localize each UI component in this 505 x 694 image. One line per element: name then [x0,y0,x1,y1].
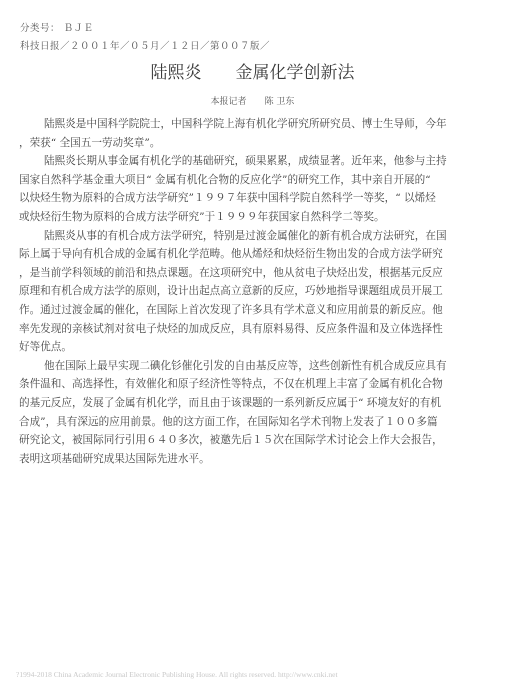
body-line: 的基元反应，发展了金属有机化学，而且由于该课题的一系列新反应属于“ 环境友好的有… [19,394,459,413]
body-line: 以炔烃生物为原料的合成方法学研究”１９９７年获中国科学院自然科学一等奖，“ 以烯… [19,189,459,208]
classification-line: 分类号： ＢＪＥ [20,20,94,34]
body-line: 际上属于导向有机合成的金属有机化学范畴。他从烯烃和炔烃衍生物出发的合成方法学研究 [19,245,459,264]
classification-label: 分类号： [20,23,60,34]
body-line: 率先发现的亲核试剂对贫电子炔烃的加成反应，具有原料易得、反应条件温和及立体选择性 [19,320,459,339]
byline: 本报记者陈 卫东 [0,94,505,107]
body-line: ，荣获“ 全国五一劳动奖章”。 [19,134,459,153]
byline-name: 陈 卫东 [265,97,295,107]
body-line: 原理和有机合成方法学的原则，设计出起点高立意新的反应，巧妙地指导课题组成员开展工 [19,282,459,301]
body-line: 国家自然科学基金重大项目“ 金属有机化合物的反应化学”的研究工作，其中亲自开展的… [19,171,459,190]
body-line: 陆熙炎是中国科学院院士，中国科学院上海有机化学研究所研究员、博士生导师，今年 [19,115,459,134]
byline-role: 本报记者 [211,97,247,107]
body-line: 表明这项基础研究成果达国际先进水平。 [19,450,459,469]
classification-value: ＢＪＥ [64,23,94,34]
body-line: 他在国际上最早实现二碘化钐催化引发的自由基反应等，这些创新性有机合成反应具有 [19,357,459,376]
body-line: 好等优点。 [19,338,459,357]
article-body: 陆熙炎是中国科学院院士，中国科学院上海有机化学研究所研究员、博士生导师，今年 ，… [19,115,459,468]
body-line: 作。通过过渡金属的催化，在国际上首次发现了许多具有学术意义和应用前景的新反应。他 [19,301,459,320]
article-title: 陆熙炎金属化学创新法 [0,58,505,83]
title-name: 陆熙炎 [151,63,202,83]
body-line: 条件温和、高选择性，有效催化和原子经济性等特点，不仅在机理上丰富了金属有机化合物 [19,375,459,394]
body-line: ，是当前学科领域的前沿和热点课题。在这项研究中，他从贫电子炔烃出发，根据基元反应 [19,264,459,283]
body-line: 研究论文，被国际同行引用６４０多次，被邀先后１５次在国际学术讨论会上作大会报告， [19,431,459,450]
body-line: 陆熙炎长期从事金属有机化学的基础研究，硕果累累，成绩显著。近年来，他参与主持 [19,152,459,171]
body-line: 或炔烃衍生物为原料的合成方法学研究”于１９９９年获国家自然科学二等奖。 [19,208,459,227]
source-line: 科技日报／２００１年／０５月／１２日／第００７版／ [20,38,270,52]
copyright-footer: ?1994-2018 China Academic Journal Electr… [16,670,338,679]
body-line: 陆熙炎从事的有机合成方法学研究，特别是过渡金属催化的新有机合成方法研究，在国 [19,227,459,246]
body-line: 合成”，具有深远的应用前景。他的这方面工作，在国际知名学术刊物上发表了１００多篇 [19,413,459,432]
title-subject: 金属化学创新法 [236,63,355,83]
